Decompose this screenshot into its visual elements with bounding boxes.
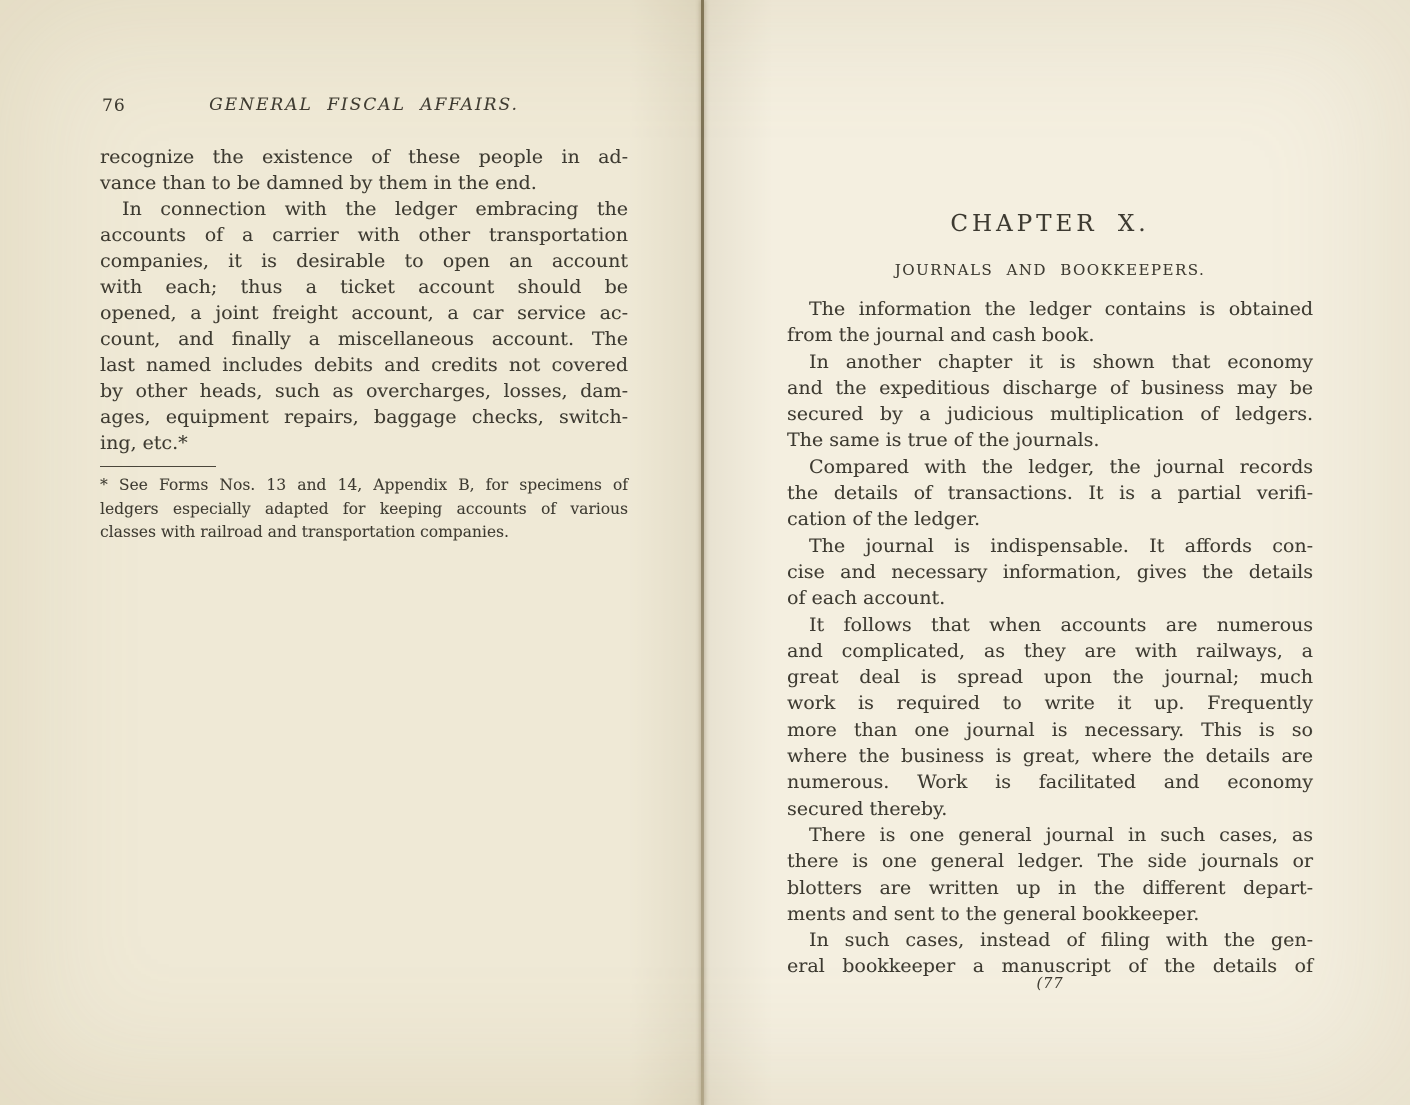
text-line: and the expeditious discharge of busines… bbox=[787, 375, 1313, 401]
text-line: recognize the existence of these people … bbox=[100, 144, 628, 170]
text-line: by other heads, such as overcharges, los… bbox=[100, 378, 628, 404]
footnote-line: ledgers especially adapted for keeping a… bbox=[100, 498, 628, 522]
gutter-shadow-left bbox=[628, 0, 703, 1105]
text-line: with each; thus a ticket account should … bbox=[100, 274, 628, 300]
text-line: great deal is spread upon the journal; m… bbox=[787, 664, 1313, 690]
text-line: work is required to write it up. Frequen… bbox=[787, 690, 1313, 716]
text-line: secured by a judicious multiplication of… bbox=[787, 401, 1313, 427]
text-line: ments and sent to the general bookkeeper… bbox=[787, 901, 1313, 927]
text-line: there is one general ledger. The side jo… bbox=[787, 848, 1313, 874]
text-line: where the business is great, where the d… bbox=[787, 743, 1313, 769]
text-line: opened, a joint freight account, a car s… bbox=[100, 300, 628, 326]
text-line: It follows that when accounts are numero… bbox=[787, 612, 1313, 638]
footnote: * See Forms Nos. 13 and 14, Appendix B, … bbox=[100, 474, 628, 545]
footnote-line: classes with railroad and transportation… bbox=[100, 521, 628, 545]
right-page-body: The information the ledger contains is o… bbox=[787, 296, 1313, 980]
text-line: In connection with the ledger embracing … bbox=[100, 196, 628, 222]
text-line: ages, equipment repairs, baggage checks,… bbox=[100, 404, 628, 430]
text-line: There is one general journal in such cas… bbox=[787, 822, 1313, 848]
text-line: cation of the ledger. bbox=[787, 506, 1313, 532]
gutter-shadow-right bbox=[703, 0, 773, 1105]
text-line: more than one journal is necessary. This… bbox=[787, 717, 1313, 743]
text-line: numerous. Work is facilitated and econom… bbox=[787, 769, 1313, 795]
text-line: count, and finally a miscellaneous accou… bbox=[100, 326, 628, 352]
text-line: The same is true of the journals. bbox=[787, 427, 1313, 453]
text-line: and complicated, as they are with railwa… bbox=[787, 638, 1313, 664]
text-line: The information the ledger contains is o… bbox=[787, 296, 1313, 322]
text-line: accounts of a carrier with other transpo… bbox=[100, 222, 628, 248]
text-line: vance than to be damned by them in the e… bbox=[100, 170, 628, 196]
text-line: secured thereby. bbox=[787, 796, 1313, 822]
text-line: from the journal and cash book. bbox=[787, 322, 1313, 348]
left-page-body: recognize the existence of these people … bbox=[100, 144, 628, 456]
text-line: ing, etc.* bbox=[100, 430, 628, 456]
text-line: of each account. bbox=[787, 585, 1313, 611]
footnote-line: * See Forms Nos. 13 and 14, Appendix B, … bbox=[100, 474, 628, 498]
gutter-fold-line bbox=[701, 0, 704, 1105]
text-line: blotters are written up in the different… bbox=[787, 875, 1313, 901]
running-header: GENERAL FISCAL AFFAIRS. bbox=[100, 95, 628, 115]
text-line: cise and necessary information, gives th… bbox=[787, 559, 1313, 585]
right-page-number: (77 bbox=[787, 976, 1313, 992]
chapter-heading: CHAPTER X. bbox=[787, 211, 1313, 237]
text-line: last named includes debits and credits n… bbox=[100, 352, 628, 378]
text-line: The journal is indispensable. It affords… bbox=[787, 533, 1313, 559]
book-spread: 76 GENERAL FISCAL AFFAIRS. recognize the… bbox=[0, 0, 1410, 1105]
text-line: the details of transactions. It is a par… bbox=[787, 480, 1313, 506]
text-line: companies, it is desirable to open an ac… bbox=[100, 248, 628, 274]
text-line: In such cases, instead of filing with th… bbox=[787, 927, 1313, 953]
text-line: Compared with the ledger, the journal re… bbox=[787, 454, 1313, 480]
section-heading: JOURNALS AND BOOKKEEPERS. bbox=[787, 261, 1313, 279]
footnote-separator-rule bbox=[100, 466, 216, 467]
text-line: In another chapter it is shown that econ… bbox=[787, 349, 1313, 375]
